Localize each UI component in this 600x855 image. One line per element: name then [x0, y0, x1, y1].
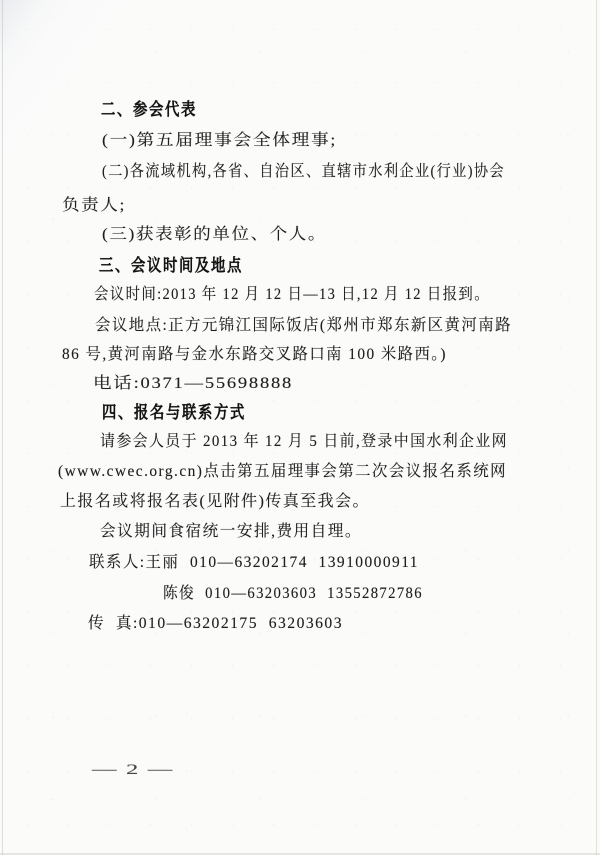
scan-edge-right — [596, 0, 597, 855]
section-3-line-1: 会议时间:2013 年 12 月 12 日—13 日,12 月 12 日报到。 — [94, 285, 490, 305]
section-3-heading: 三、会议时间及地点 — [99, 256, 243, 276]
section-2-heading: 二、参会代表 — [101, 100, 197, 120]
section-4-line-3: 上报名或将报名表(见附件)传真至我会。 — [60, 492, 370, 512]
fax-line: 传 真:010—63202175 63203603 — [88, 614, 343, 634]
section-3-line-3: 86 号,黄河南路与金水东路交叉路口南 100 米路西。) — [62, 345, 447, 365]
section-4-heading: 四、报名与联系方式 — [102, 403, 246, 423]
scanned-document-page: 二、参会代表 (一)第五届理事会全体理事; (二)各流域机构,各省、自治区、直辖… — [0, 0, 600, 855]
section-2-line-3: 负责人; — [62, 196, 126, 216]
section-4-line-2: (www.cwec.org.cn)点击第五届理事会第二次会议报名系统网 — [58, 462, 507, 482]
section-2-line-1: (一)第五届理事会全体理事; — [102, 131, 337, 151]
page-number: — 2 — — [92, 762, 174, 779]
scan-edge-left — [2, 0, 3, 855]
contact-line-wangli: 联系人:王丽 010—63202174 13910000911 — [89, 553, 419, 573]
section-4-line-4: 会议期间食宿统一安排,费用自理。 — [100, 522, 362, 542]
section-4-line-1: 请参会人员于 2013 年 12 月 5 日前,登录中国水利企业网 — [100, 432, 508, 452]
section-2-line-4: (三)获表彰的单位、个人。 — [102, 225, 327, 245]
contact-line-chenjun: 陈俊 010—63203603 13552872786 — [163, 584, 423, 604]
section-3-line-2: 会议地点:正方元锦江国际饭店(郑州市郑东新区黄河南路 — [95, 316, 512, 336]
section-2-line-2: (二)各流域机构,各省、自治区、直辖市水利企业(行业)协会 — [102, 162, 505, 182]
section-3-line-4: 电话:0371—55698888 — [93, 374, 293, 394]
